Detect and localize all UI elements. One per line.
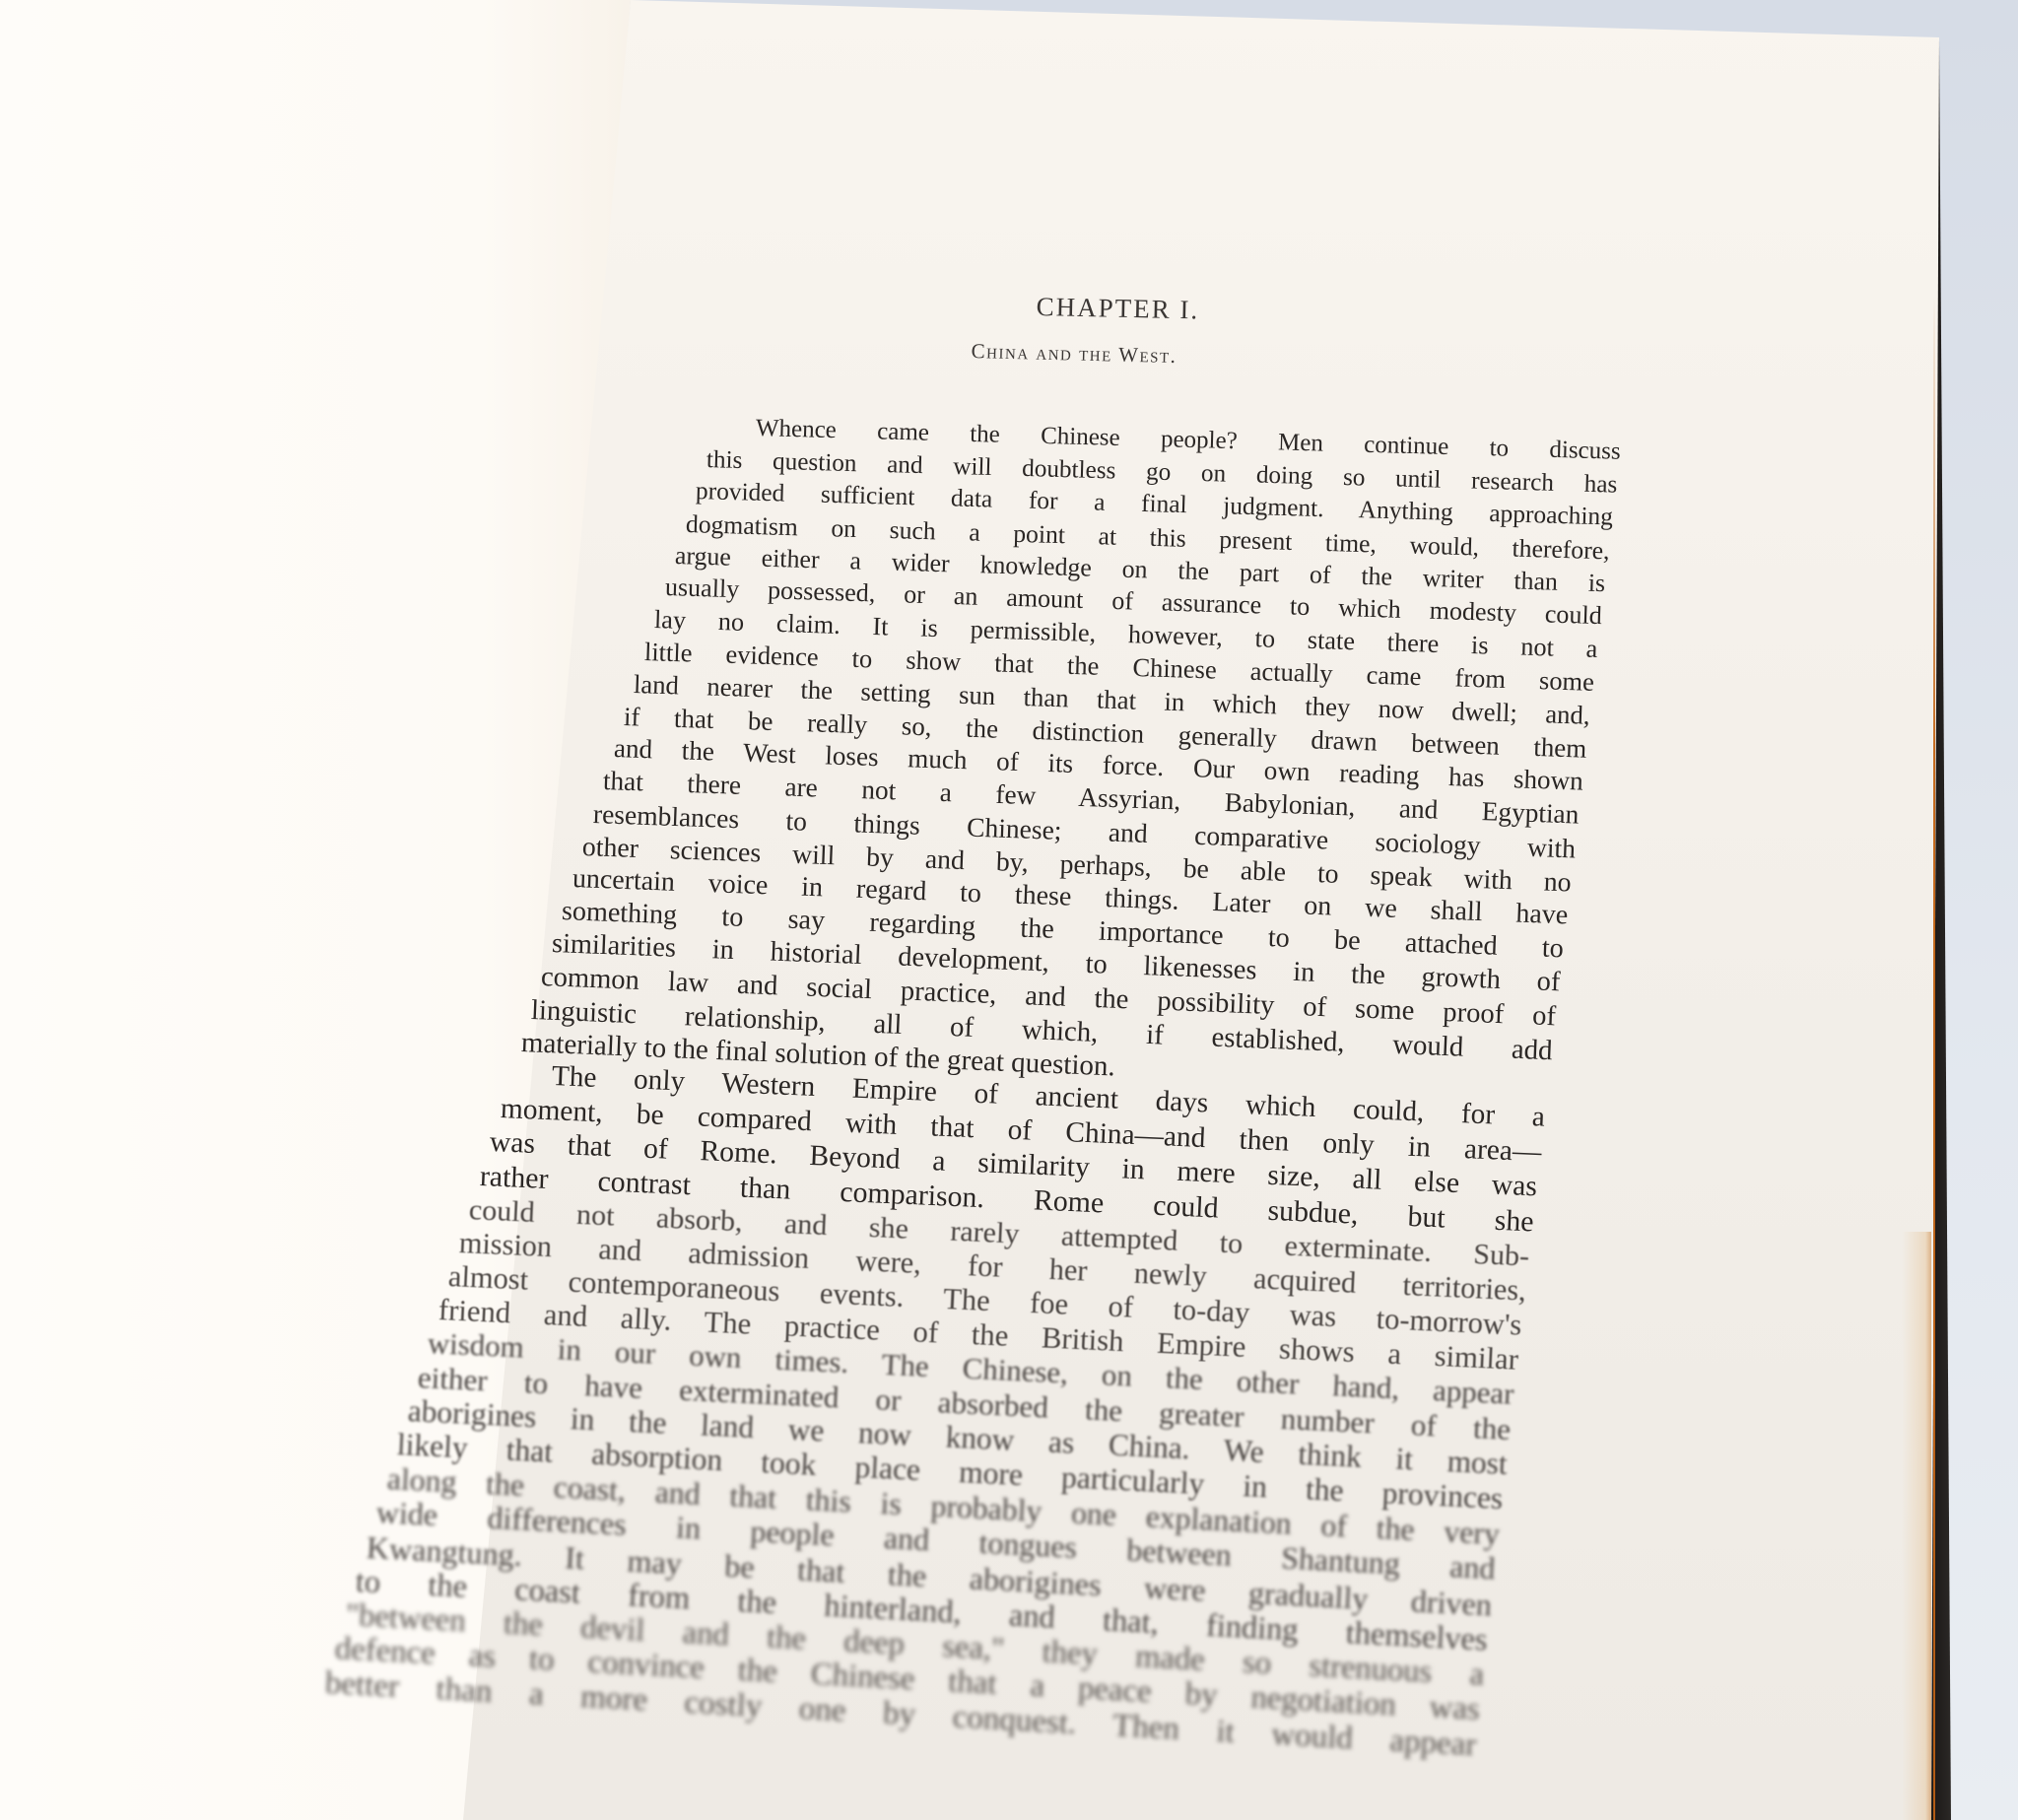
chapter-title: CHAPTER I. bbox=[1036, 292, 1199, 325]
page-text-block: CHAPTER I. China and the West. Whence ca… bbox=[0, 0, 2018, 1820]
chapter-subtitle: China and the West. bbox=[971, 339, 1177, 369]
